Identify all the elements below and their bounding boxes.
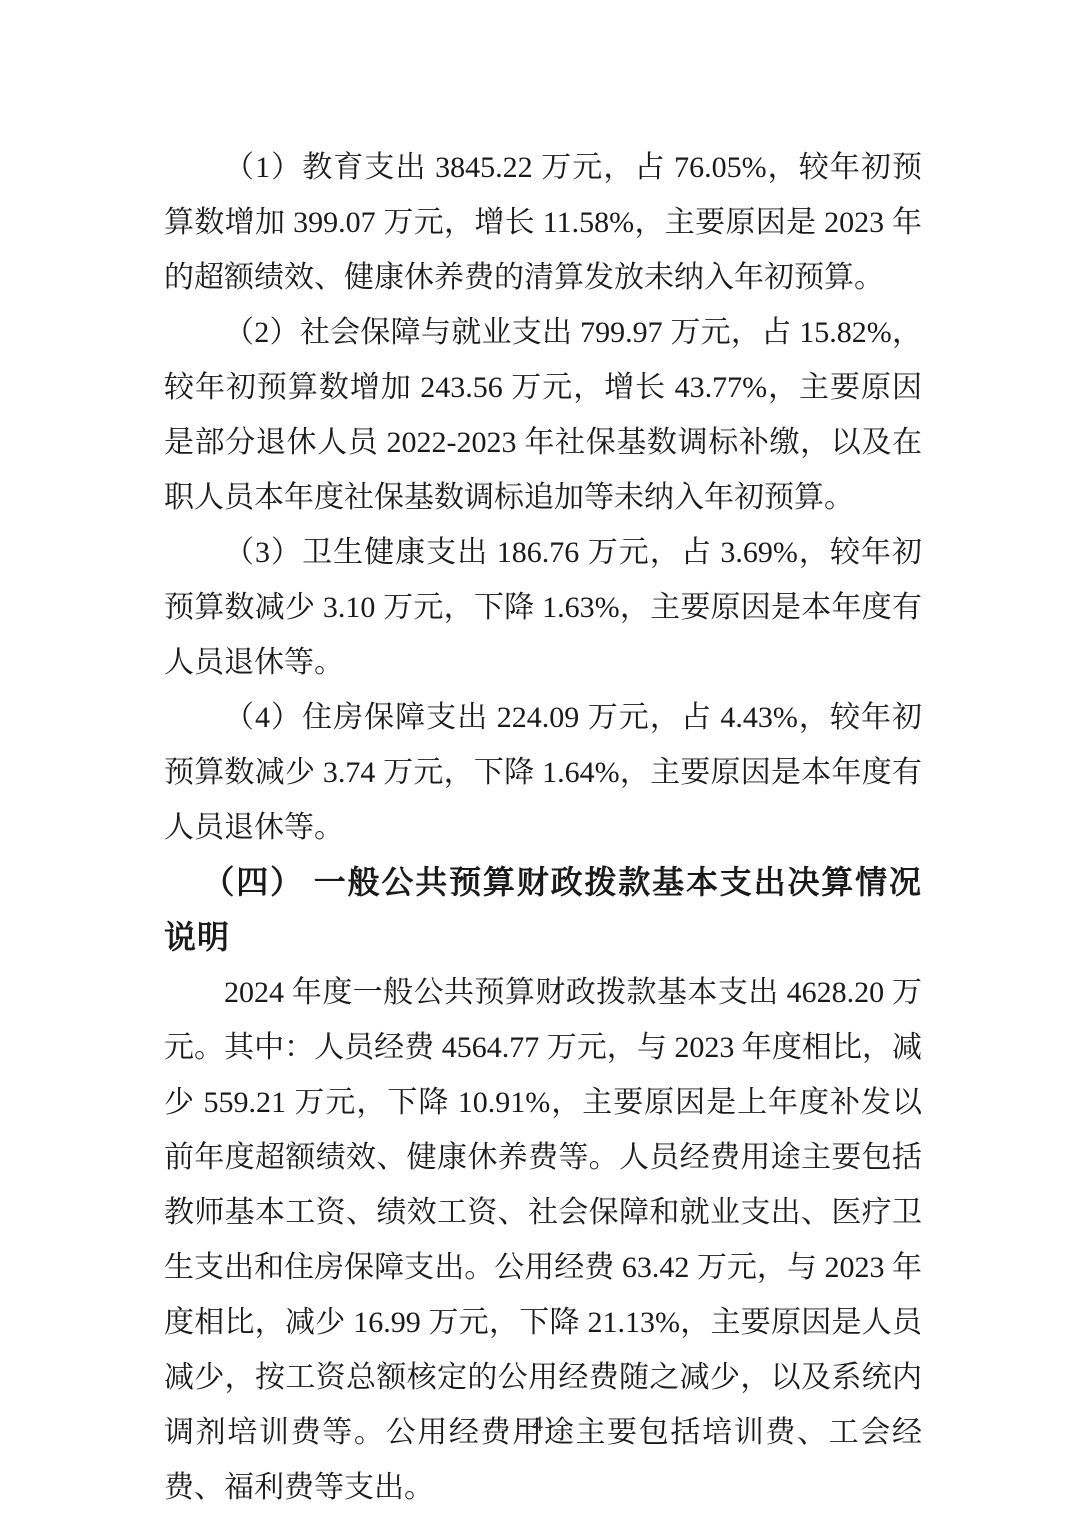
document-page: （1）教育支出 3845.22 万元，占 76.05%，较年初预算数增加 399… [0,0,1075,1520]
paragraph-health-expenditure: （3）卫生健康支出 186.76 万元，占 3.69%，较年初预算数减少 3.1… [164,525,922,690]
document-content: （1）教育支出 3845.22 万元，占 76.05%，较年初预算数增加 399… [164,140,922,1515]
paragraph-education-expenditure: （1）教育支出 3845.22 万元，占 76.05%，较年初预算数增加 399… [164,140,922,305]
paragraph-housing-expenditure: （4）住房保障支出 224.09 万元，占 4.43%，较年初预算数减少 3.7… [164,690,922,855]
section-heading: （四） 一般公共预算财政拨款基本支出决算情况说明 [164,855,922,965]
page-number: - 4 - [0,1404,1075,1444]
paragraph-social-security-employment-expenditure: （2）社会保障与就业支出 799.97 万元，占 15.82%，较年初预算数增加… [164,305,922,525]
